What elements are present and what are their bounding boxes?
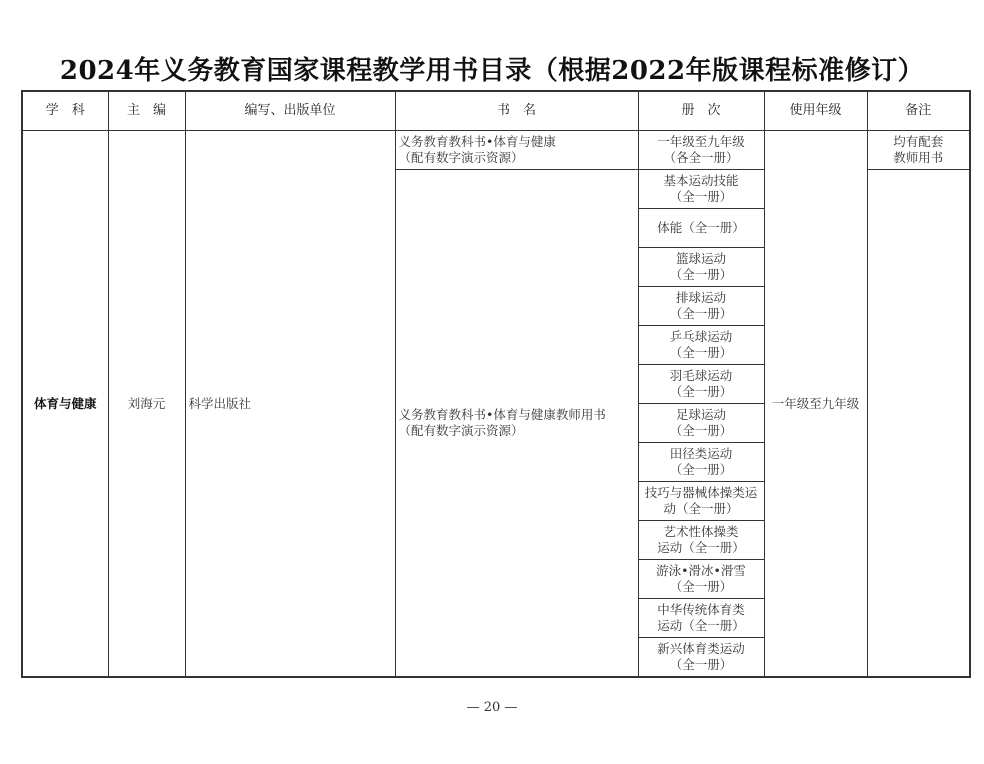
volume-line2: （全一册） xyxy=(641,423,762,439)
volume-cell: 一年级至九年级 （各全一册） xyxy=(638,131,764,170)
volume-line1: 技巧与器械体操类运 xyxy=(641,485,762,501)
volume-line2: 运动（全一册） xyxy=(641,618,762,634)
textbook-catalog-table: 学 科 主 编 编写、出版单位 书 名 册 次 使用年级 备注 体育与健康 刘海… xyxy=(21,90,971,678)
volume-line2: 动（全一册） xyxy=(641,501,762,517)
volume-line2: （全一册） xyxy=(641,345,762,361)
book-title-line1: 义务教育教科书•体育与健康 xyxy=(399,134,636,150)
volume-line1: 乒乓球运动 xyxy=(641,329,762,345)
volume-line2: （全一册） xyxy=(641,462,762,478)
volume-line2: （全一册） xyxy=(641,267,762,283)
volume-cell: 排球运动（全一册） xyxy=(638,287,764,326)
volume-cell: 游泳•滑冰•滑雪（全一册） xyxy=(638,560,764,599)
volume-line1: 中华传统体育类 xyxy=(641,602,762,618)
header-book-title: 书 名 xyxy=(395,91,638,131)
volume-line1: 羽毛球运动 xyxy=(641,368,762,384)
volume-line2: （全一册） xyxy=(641,579,762,595)
volume-line1: 足球运动 xyxy=(641,407,762,423)
volume-line2: （全一册） xyxy=(641,189,762,205)
volume-cell: 羽毛球运动（全一册） xyxy=(638,365,764,404)
note-cell-empty xyxy=(867,170,970,678)
volume-cell: 篮球运动（全一册） xyxy=(638,248,764,287)
volume-line1: 基本运动技能 xyxy=(641,173,762,189)
volume-line1: 篮球运动 xyxy=(641,251,762,267)
volume-cell: 基本运动技能 （全一册） xyxy=(638,170,764,209)
book-title-line2: （配有数字演示资源） xyxy=(399,423,636,439)
note-cell: 均有配套 教师用书 xyxy=(867,131,970,170)
header-note: 备注 xyxy=(867,91,970,131)
volume-line2: 运动（全一册） xyxy=(641,540,762,556)
volume-line2: （全一册） xyxy=(641,657,762,673)
book-title-cell: 义务教育教科书•体育与健康教师用书 （配有数字演示资源） xyxy=(395,170,638,678)
volume-cell: 田径类运动（全一册） xyxy=(638,443,764,482)
volume-line2: （全一册） xyxy=(641,306,762,322)
volume-line1: 田径类运动 xyxy=(641,446,762,462)
note-line1: 均有配套 xyxy=(870,134,968,150)
header-grade: 使用年级 xyxy=(764,91,867,131)
subject-cell: 体育与健康 xyxy=(22,131,108,678)
document-title: 2024年义务教育国家课程教学用书目录（根据2022年版课程标准修订） xyxy=(0,50,984,87)
table-row: 体育与健康 刘海元 科学出版社 义务教育教科书•体育与健康 （配有数字演示资源）… xyxy=(22,131,970,170)
volume-cell: 艺术性体操类运动（全一册） xyxy=(638,521,764,560)
volume-line2: （各全一册） xyxy=(641,150,762,166)
grade-cell: 一年级至九年级 xyxy=(764,131,867,678)
volume-line1: 体能（全一册） xyxy=(641,220,762,236)
book-title-line1: 义务教育教科书•体育与健康教师用书 xyxy=(399,407,636,423)
volume-cell: 乒乓球运动（全一册） xyxy=(638,326,764,365)
page-number: — 20 — xyxy=(0,700,984,715)
volume-cell: 足球运动（全一册） xyxy=(638,404,764,443)
header-publisher: 编写、出版单位 xyxy=(185,91,395,131)
publisher-cell: 科学出版社 xyxy=(185,131,395,678)
book-title-line2: （配有数字演示资源） xyxy=(399,150,636,166)
volume-line1: 一年级至九年级 xyxy=(641,134,762,150)
volume-cell: 体能（全一册） xyxy=(638,209,764,248)
volume-cell: 新兴体育类运动（全一册） xyxy=(638,638,764,678)
header-editor: 主 编 xyxy=(108,91,185,131)
book-title-cell: 义务教育教科书•体育与健康 （配有数字演示资源） xyxy=(395,131,638,170)
volume-line1: 艺术性体操类 xyxy=(641,524,762,540)
volume-cell: 技巧与器械体操类运动（全一册） xyxy=(638,482,764,521)
volume-line2: （全一册） xyxy=(641,384,762,400)
header-subject: 学 科 xyxy=(22,91,108,131)
volume-line1: 游泳•滑冰•滑雪 xyxy=(641,563,762,579)
header-row: 学 科 主 编 编写、出版单位 书 名 册 次 使用年级 备注 xyxy=(22,91,970,131)
volume-cell: 中华传统体育类运动（全一册） xyxy=(638,599,764,638)
editor-cell: 刘海元 xyxy=(108,131,185,678)
note-line2: 教师用书 xyxy=(870,150,968,166)
volume-line1: 排球运动 xyxy=(641,290,762,306)
header-volume: 册 次 xyxy=(638,91,764,131)
volume-line1: 新兴体育类运动 xyxy=(641,641,762,657)
